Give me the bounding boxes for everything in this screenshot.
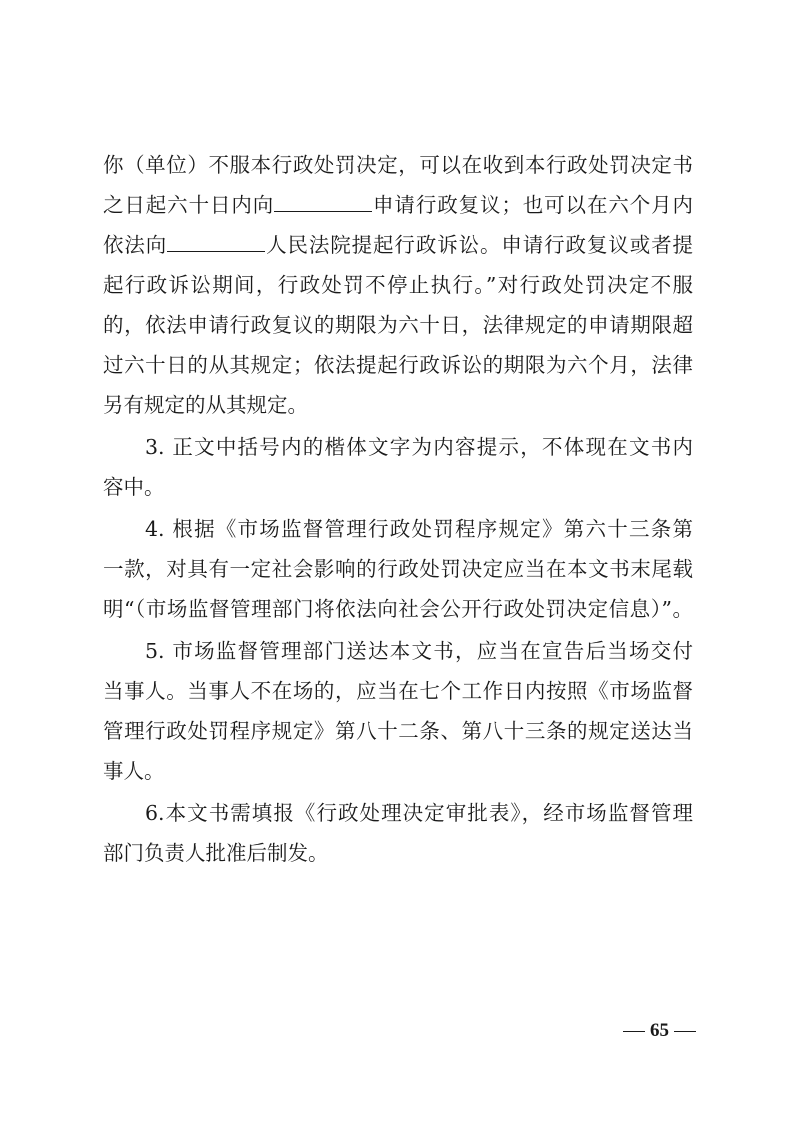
page-number-value: 65 — [650, 1020, 669, 1041]
paragraph-line: 另有规定的从其规定。 — [103, 390, 693, 420]
note-4-line: 4. 根据《市场监督管理行政处罚程序规定》第六十三条第 — [103, 514, 693, 544]
paragraph-line: 起行政诉讼期间，行政处罚不停止执行。”对行政处罚决定不服 — [103, 270, 693, 300]
dash-right — [674, 1031, 696, 1032]
note-6-line: 部门负责人批准后制发。 — [103, 838, 693, 868]
fill-in-blank-review-authority[interactable] — [274, 191, 372, 212]
fill-in-blank-court[interactable] — [167, 231, 265, 252]
paragraph-line: 之日起六十日内向申请行政复议；也可以在六个月内 — [103, 190, 693, 220]
page-number: 65 — [618, 1020, 701, 1042]
dash-left — [623, 1031, 645, 1032]
paragraph-line: 你（单位）不服本行政处罚决定，可以在收到本行政处罚决定书 — [103, 150, 693, 180]
text-segment: 人民法院提起行政诉讼。申请行政复议或者提 — [265, 233, 693, 257]
paragraph-line: 依法向人民法院提起行政诉讼。申请行政复议或者提 — [103, 230, 693, 260]
paragraph-line: 的，依法申请行政复议的期限为六十日，法律规定的申请期限超 — [103, 310, 693, 340]
note-3-line: 容中。 — [103, 472, 693, 502]
text-segment: 依法向 — [103, 233, 167, 257]
paragraph-line: 过六十日的从其规定；依法提起行政诉讼的期限为六个月，法律 — [103, 350, 693, 380]
note-5-line: 管理行政处罚程序规定》第八十二条、第八十三条的规定送达当 — [103, 716, 693, 746]
note-5-line: 当事人。当事人不在场的，应当在七个工作日内按照《市场监督 — [103, 676, 693, 706]
document-page: 你（单位）不服本行政处罚决定，可以在收到本行政处罚决定书 之日起六十日内向申请行… — [0, 0, 793, 1122]
note-3-line: 3. 正文中括号内的楷体文字为内容提示，不体现在文书内 — [103, 432, 693, 462]
note-4-line: 一款，对具有一定社会影响的行政处罚决定应当在本文书末尾载 — [103, 554, 693, 584]
text-segment: 申请行政复议；也可以在六个月内 — [372, 193, 693, 217]
note-6-line: 6.本文书需填报《行政处理决定审批表》，经市场监督管理 — [103, 798, 693, 828]
note-5-line: 5. 市场监督管理部门送达本文书，应当在宣告后当场交付 — [103, 636, 693, 666]
text-segment: 之日起六十日内向 — [103, 193, 274, 217]
note-5-line: 事人。 — [103, 756, 693, 786]
note-4-line: 明“（市场监督管理部门将依法向社会公开行政处罚决定信息）”。 — [103, 594, 693, 624]
